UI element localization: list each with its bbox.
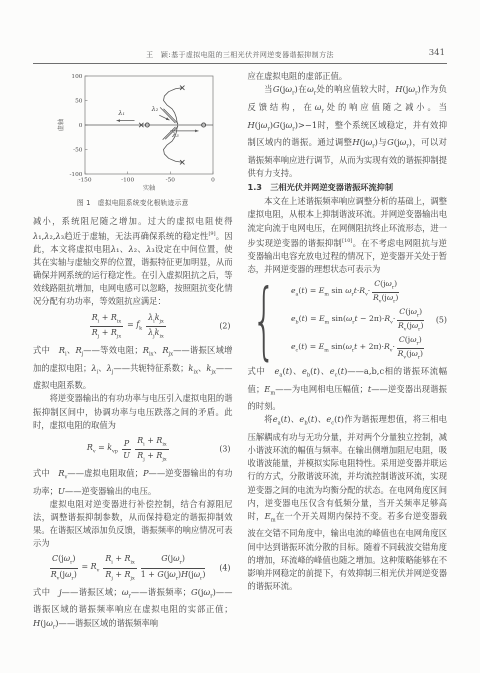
section-heading-1-3: 1.3 三相光伏并网逆变器谐振环流抑制 — [248, 181, 448, 194]
paragraph-where-2: 式中 Ri、Rj——等效电阻；Rix、Rjx——谐振区域增加的虚拟电阻；λi、λ… — [33, 344, 233, 393]
equation-5: { ea(t) = Em sin ωrt·Rv· C(jωr) Rv(jωr) … — [252, 280, 448, 361]
running-title: 王 颖:基于虚拟电阻的三相光伏并网逆变器谐振抑制方法 — [33, 50, 447, 60]
fraction: C(jωr) Rv(jωr) — [397, 336, 424, 361]
paragraph-compensation: 虚拟电阻对逆变器进行补偿控制，结合有源阻尼法，调整谐振抑制参数，从而保持稳定的谐… — [33, 498, 233, 550]
svg-text:-100: -100 — [69, 172, 82, 178]
svg-text:虚轴: 虚轴 — [57, 119, 65, 131]
numerator: C(jωr) — [50, 554, 77, 568]
equation-term: ec(t) = Em sin(ωrt + 2π)·Rv· — [291, 343, 395, 354]
paragraph-where-5: 式中 ea(t)、eb(t)、ec(t)——a,b,c相的谐振环流幅值；Em——… — [248, 365, 448, 414]
equation-term: = Rv — [82, 562, 100, 574]
equation-row-c: ec(t) = Em sin(ωrt + 2π)·Rv· C(jωr) Rv(j… — [291, 336, 426, 361]
svg-text:50: 50 — [75, 99, 83, 105]
paragraph-where-4: 式中 j——谐振区域；ωr——谐振频率；G(jωr)——谐振区域的谐振频率响应在… — [33, 586, 233, 635]
equation-3: Rv = kvp P U Ri + Rix Rj + Rjx (3) — [33, 436, 223, 463]
svg-text:-50: -50 — [73, 148, 83, 154]
equation-term: Rv = kvp — [87, 443, 118, 455]
equation-row-a: ea(t) = Em sin ωrt·Rv· C(jωr) Rv(jωr) — [291, 280, 426, 305]
paragraph-feedback: 当G(jωr)在ωr处的响应值较大时，H(jωr)作为负反馈结构，在ωr处的响应… — [248, 83, 448, 180]
equation-number: (2) — [219, 322, 230, 331]
fraction: G(jωr) 1 + G(jωr)H(jωr) — [141, 554, 206, 581]
equation-row-b: eb(t) = Em sin(ωrt − 2π)·Rv· C(jωr) Rv(j… — [291, 308, 426, 333]
paragraph-power: 将逆变器输出的有功功率与电压引入虚拟电阻的谐振抑制区间中，协调功率与电压跌落之间… — [33, 392, 233, 431]
equation-4: C(jωr) Rv(jωr) = Rv Ri + Rix Rj + Rjx G(… — [33, 554, 223, 581]
figure-1: -150-100-500-100-50050100实轴虚轴λ₁λ₂λ₃ 图 1 … — [33, 70, 233, 210]
numerator: Ri + Rix — [135, 436, 168, 450]
left-column: -150-100-500-100-50050100实轴虚轴λ₁λ₂λ₃ 图 1 … — [33, 70, 233, 634]
denominator: 1 + G(jωr)H(jωr) — [141, 569, 206, 582]
equation-rows: ea(t) = Em sin ωrt·Rv· C(jωr) Rv(jωr) eb… — [291, 280, 426, 361]
denominator: Rj + Rjx — [135, 450, 168, 463]
fraction: λikjx λjkix — [146, 313, 166, 340]
equation-number: (5) — [436, 314, 447, 327]
denominator: λjkix — [146, 327, 166, 340]
numerator: Ri + Rix — [90, 313, 123, 327]
fraction: Ri + Rix Rj + Rjx — [103, 554, 136, 581]
svg-text:-50: -50 — [166, 178, 176, 184]
numerator: C(jωr) — [397, 308, 424, 321]
equation-term: ea(t) = Em sin ωrt·Rv· — [291, 287, 370, 298]
numerator: C(jωr) — [397, 336, 424, 349]
denominator: Rv(jωr) — [50, 569, 77, 582]
numerator: λikjx — [146, 313, 166, 327]
equation-number: (4) — [219, 564, 230, 573]
denominator: Rj + Rjx — [103, 569, 136, 582]
fraction: Ri + Rix Rj + Rjx — [135, 436, 168, 463]
page-number: 341 — [429, 48, 445, 58]
page-header: 王 颖:基于虚拟电阻的三相光伏并网逆变器谐振抑制方法 341 — [33, 50, 447, 62]
numerator: P — [122, 439, 131, 450]
denominator: Rv(jωr) — [397, 349, 424, 361]
header-rule — [33, 63, 447, 64]
numerator: Ri + Rix — [103, 554, 136, 568]
fraction: Ri + Rix Rj + Rjx — [90, 313, 123, 340]
equation-term: = fk — [127, 320, 142, 332]
figure-caption: 图 1 虚拟电阻系统变化根轨迹示意 — [33, 197, 233, 210]
right-column: 应在虚拟电阻的虚部正值。 当G(jωr)在ωr处的响应值较大时，H(jωr)作为… — [248, 70, 448, 634]
svg-text:-100: -100 — [121, 178, 134, 184]
svg-text:0: 0 — [211, 178, 215, 184]
svg-text:λ₂: λ₂ — [151, 105, 159, 113]
paragraph-virtual-resistance: 减小，系统阻尼随之增加。过大的虚拟电阻使得λ₁,λ₂,λ₃趋近于虚轴，无法再确保… — [33, 215, 233, 308]
fraction: C(jωr) Rv(jωr) — [372, 280, 399, 305]
svg-text:λ₃: λ₃ — [171, 131, 179, 139]
paper-page: 王 颖:基于虚拟电阻的三相光伏并网逆变器谐振抑制方法 341 -150-100-… — [0, 0, 480, 673]
numerator: G(jωr) — [141, 554, 206, 568]
two-column-body: -150-100-500-100-50050100实轴虚轴λ₁λ₂λ₃ 图 1 … — [33, 70, 447, 634]
equation-number: (3) — [219, 445, 230, 454]
denominator: Rv(jωr) — [397, 321, 424, 333]
svg-text:-150: -150 — [78, 178, 91, 184]
fraction: C(jωr) Rv(jωr) — [50, 554, 77, 581]
equation-2: Ri + Rix Rj + Rjx = fk λikjx λjkix (2) — [33, 313, 223, 340]
paragraph-continuation: 应在虚拟电阻的虚部正值。 — [248, 70, 448, 83]
paragraph-strategy: 将ea(t)、eb(t)、ec(t)作为谐振理想值，将三相电压解耦成有功与无功分… — [248, 413, 448, 593]
fraction: C(jωr) Rv(jωr) — [397, 308, 424, 333]
paragraph-where-3: 式中 Rv——虚拟电阻取值；P——逆变器输出的有功功率；U——逆变器输出的电压。 — [33, 467, 233, 498]
denominator: Rj + Rjx — [90, 327, 123, 340]
svg-text:实轴: 实轴 — [143, 184, 155, 192]
fraction: P U — [122, 439, 131, 460]
numerator: C(jωr) — [372, 280, 399, 293]
svg-text:λ₁: λ₁ — [117, 109, 125, 117]
denominator: U — [122, 450, 131, 460]
denominator: Rv(jωr) — [372, 293, 399, 305]
svg-text:0: 0 — [79, 123, 83, 129]
equation-term: eb(t) = Em sin(ωrt − 2π)·Rv· — [291, 315, 395, 326]
paragraph-circulating-current: 本文在上述谐振频率响应调整分析的基础上，调整虚拟电阻，从根本上抑制谐波环流。并网… — [248, 195, 448, 275]
figure-chart: -150-100-500-100-50050100实轴虚轴λ₁λ₂λ₃ — [33, 70, 233, 196]
svg-text:100: 100 — [71, 74, 82, 80]
